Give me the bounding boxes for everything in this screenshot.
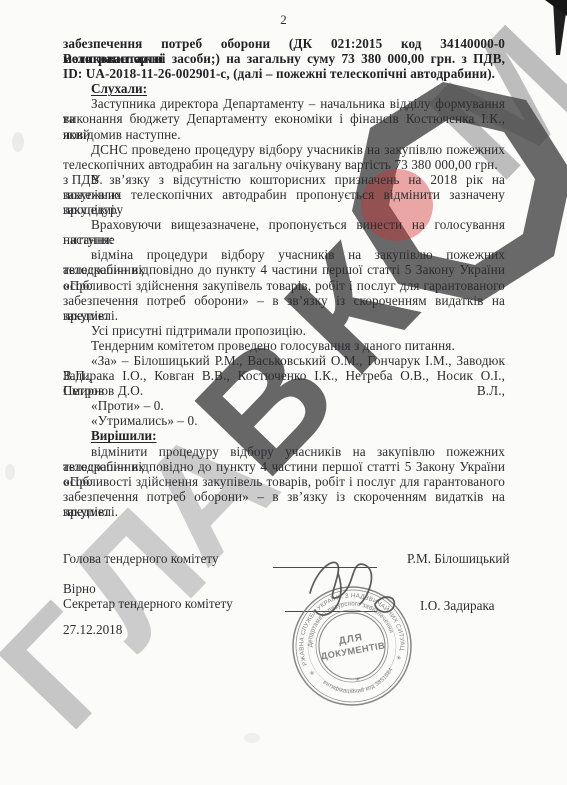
signature-block: Голова тендерного комітету Р.М. Білошиць… xyxy=(0,0,567,785)
stamp-star-bottom: ✳ xyxy=(355,676,362,684)
document-date: 27.12.2018 xyxy=(63,622,122,638)
stamp-star-right: ✳ xyxy=(396,655,403,663)
handwritten-signature xyxy=(280,548,440,638)
copy-note: Вірно xyxy=(63,581,96,597)
scanned-document-page: Г Л А В К М 2 забезпечення потреб оборон… xyxy=(0,0,567,785)
secretary-label: Секретар тендерного комітету xyxy=(63,596,233,612)
stamp-star-left: ✳ xyxy=(309,670,316,678)
chairman-label: Голова тендерного комітету xyxy=(63,551,219,567)
